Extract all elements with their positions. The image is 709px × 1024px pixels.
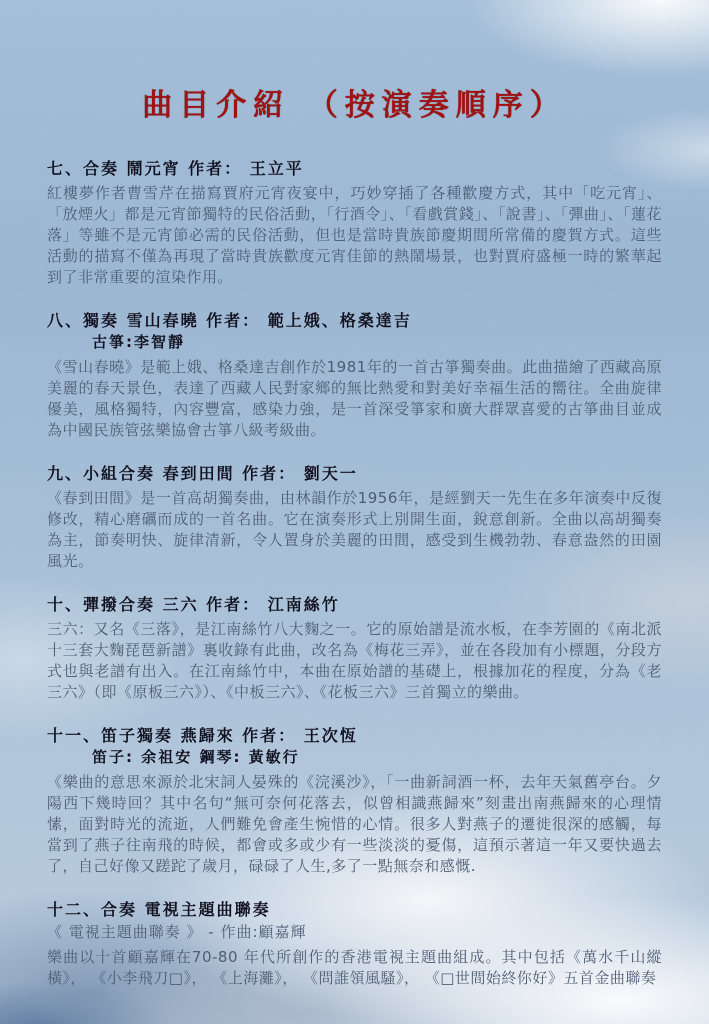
section-heading: 九、小組合奏 春到田間 作者： 劉天一 <box>47 463 662 484</box>
section-description: 紅樓夢作者曹雪芹在描寫賈府元宵夜宴中，巧妙穿插了各種歡慶方式，其中「吃元宵」、「… <box>47 183 662 288</box>
section-description: 樂曲以十首顧嘉輝在70-80 年代所創作的香港電視主題曲組成。其中包括《萬水千山… <box>47 947 662 989</box>
section-heading: 十二、合奏 電視主題曲聯奏 <box>47 899 662 920</box>
section-heading: 七、合奏 鬧元宵 作者： 王立平 <box>47 158 662 179</box>
section-heading: 八、獨奏 雪山春曉 作者： 範上娥、格桑達吉 <box>47 310 662 331</box>
performer-credit: 笛子: 余祖安 鋼琴: 黃敏行 <box>92 747 662 768</box>
section-description: 《雪山春曉》是範上娥、格桑達吉創作於1981年的一首古箏獨奏曲。此曲描繪了西藏高… <box>47 357 662 441</box>
section-description: 《樂曲的意思來源於北宋詞人晏殊的《浣溪沙》，「一曲新詞酒一杯，去年天氣舊亭台。夕… <box>47 772 662 877</box>
page-title: 曲目介紹 （按演奏順序） <box>47 80 662 124</box>
section-heading: 十一、笛子獨奏 燕歸來 作者： 王次恆 <box>47 725 662 746</box>
program-section-11: 十一、笛子獨奏 燕歸來 作者： 王次恆 笛子: 余祖安 鋼琴: 黃敏行 《樂曲的… <box>47 725 662 877</box>
section-description: 三六：又名《三落》，是江南絲竹八大麴之一。它的原始譜是流水板，在李芳園的《南北派… <box>47 619 662 703</box>
piece-composer-line: 《 電視主題曲聯奏 》 - 作曲:顧嘉輝 <box>47 922 662 943</box>
program-section-8: 八、獨奏 雪山春曉 作者： 範上娥、格桑達吉 古箏:李智靜 《雪山春曉》是範上娥… <box>47 310 662 441</box>
program-section-12: 十二、合奏 電視主題曲聯奏 《 電視主題曲聯奏 》 - 作曲:顧嘉輝 樂曲以十首… <box>47 899 662 989</box>
program-section-7: 七、合奏 鬧元宵 作者： 王立平 紅樓夢作者曹雪芹在描寫賈府元宵夜宴中，巧妙穿插… <box>47 158 662 288</box>
performer-credit: 古箏:李智靜 <box>92 332 662 353</box>
program-section-10: 十、彈撥合奏 三六 作者： 江南絲竹 三六：又名《三落》，是江南絲竹八大麴之一。… <box>47 594 662 703</box>
section-description: 《春到田間》是一首高胡獨奏曲，由林韻作於1956年，是經劉天一先生在多年演奏中反… <box>47 488 662 572</box>
program-section-9: 九、小組合奏 春到田間 作者： 劉天一 《春到田間》是一首高胡獨奏曲，由林韻作於… <box>47 463 662 572</box>
program-page: 曲目介紹 （按演奏順序） 七、合奏 鬧元宵 作者： 王立平 紅樓夢作者曹雪芹在描… <box>0 80 709 989</box>
section-heading: 十、彈撥合奏 三六 作者： 江南絲竹 <box>47 594 662 615</box>
